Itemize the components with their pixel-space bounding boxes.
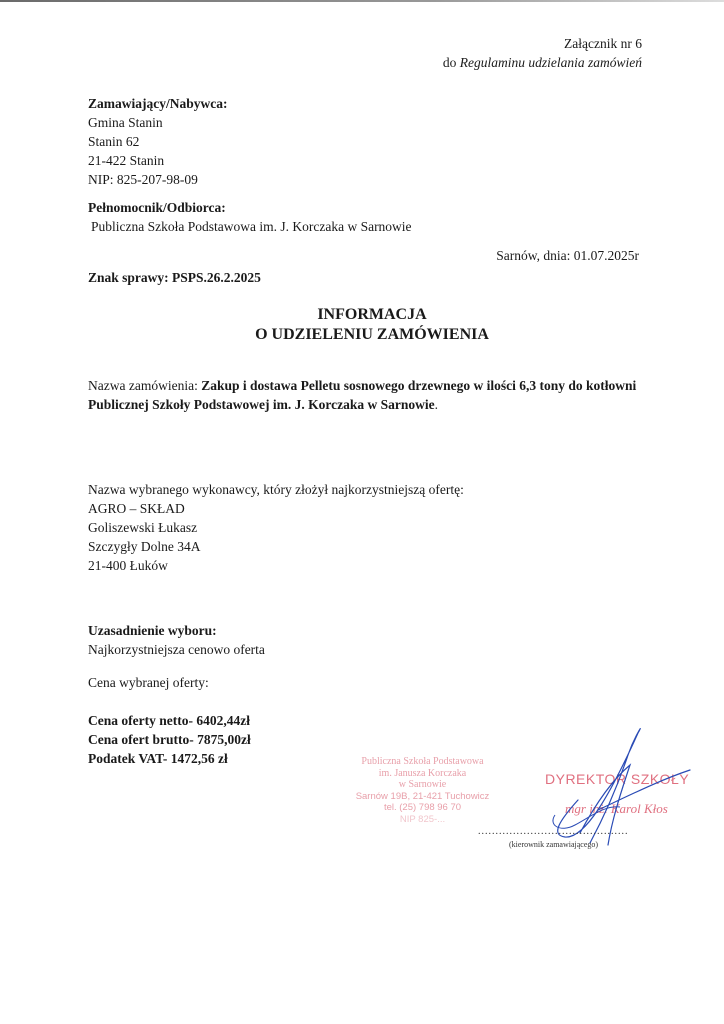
price-net: Cena oferty netto- 6402,44zł xyxy=(88,711,251,730)
contractor-block: Nazwa wybranego wykonawcy, który złożył … xyxy=(88,480,464,575)
price-block: Cena oferty netto- 6402,44zł Cena ofert … xyxy=(88,711,251,768)
buyer-line: 21-422 Stanin xyxy=(88,151,227,170)
scan-edge xyxy=(0,0,724,2)
case-reference: Znak sprawy: PSPS.26.2.2025 xyxy=(88,270,261,286)
contractor-line: Szczygły Dolne 34A xyxy=(88,537,464,556)
annex-label: Załącznik nr 6 xyxy=(443,34,642,53)
contractor-line: Goliszewski Łukasz xyxy=(88,518,464,537)
buyer-heading: Zamawiający/Nabywca: xyxy=(88,94,227,113)
order-block: Nazwa zamówienia: Zakup i dostawa Pellet… xyxy=(88,376,636,414)
buyer-line: Stanin 62 xyxy=(88,132,227,151)
place-date: Sarnów, dnia: 01.07.2025r xyxy=(496,248,639,264)
stamp-line: NIP 825-... xyxy=(330,814,515,826)
buyer-line: Gmina Stanin xyxy=(88,113,227,132)
stamp-line: Publiczna Szkoła Podstawowa xyxy=(330,756,515,768)
price-vat: Podatek VAT- 1472,56 zł xyxy=(88,749,251,768)
justification-heading: Uzasadnienie wyboru: xyxy=(88,621,265,640)
title-line-1: INFORMACJA xyxy=(10,305,724,325)
stamp-line: im. Janusza Korczaka xyxy=(330,768,515,780)
price-gross: Cena ofert brutto- 7875,00zł xyxy=(88,730,251,749)
stamp-line: w Sarnowie xyxy=(330,779,515,791)
document-title: INFORMACJA O UDZIELENIU ZAMÓWIENIA xyxy=(10,305,724,345)
signature-caption: (kierownik zamawiającego) xyxy=(509,840,598,849)
order-label: Nazwa zamówienia: xyxy=(88,378,201,393)
title-line-2: O UDZIELENIU ZAMÓWIENIA xyxy=(10,325,724,345)
justification-block: Uzasadnienie wyboru: Najkorzystniejsza c… xyxy=(88,621,265,659)
stamp-line: tel. (25) 798 96 70 xyxy=(330,802,515,814)
recipient-heading: Pełnomocnik/Odbiorca: xyxy=(88,198,412,217)
annex-header: Załącznik nr 6 do Regulaminu udzielania … xyxy=(443,34,642,72)
buyer-line: NIP: 825-207-98-09 xyxy=(88,170,227,189)
contractor-intro: Nazwa wybranego wykonawcy, który złożył … xyxy=(88,480,464,499)
price-heading: Cena wybranej oferty: xyxy=(88,675,209,691)
buyer-block: Zamawiający/Nabywca: Gmina Stanin Stanin… xyxy=(88,94,227,189)
contractor-line: AGRO – SKŁAD xyxy=(88,499,464,518)
school-stamp: Publiczna Szkoła Podstawowa im. Janusza … xyxy=(330,756,515,825)
order-name-line-2: Publicznej Szkoły Podstawowej im. J. Kor… xyxy=(88,397,435,412)
recipient-block: Pełnomocnik/Odbiorca: Publiczna Szkoła P… xyxy=(88,198,412,236)
signature-line: ........................................… xyxy=(478,826,629,837)
order-name-line-1: Zakup i dostawa Pelletu sosnowego drzewn… xyxy=(201,378,636,393)
contractor-line: 21-400 Łuków xyxy=(88,556,464,575)
annex-reference: do Regulaminu udzielania zamówień xyxy=(443,53,642,72)
stamp-line: Sarnów 19B, 21-421 Tuchowicz xyxy=(330,791,515,803)
recipient-name: Publiczna Szkoła Podstawowa im. J. Korcz… xyxy=(88,217,412,236)
justification-text: Najkorzystniejsza cenowo oferta xyxy=(88,640,265,659)
